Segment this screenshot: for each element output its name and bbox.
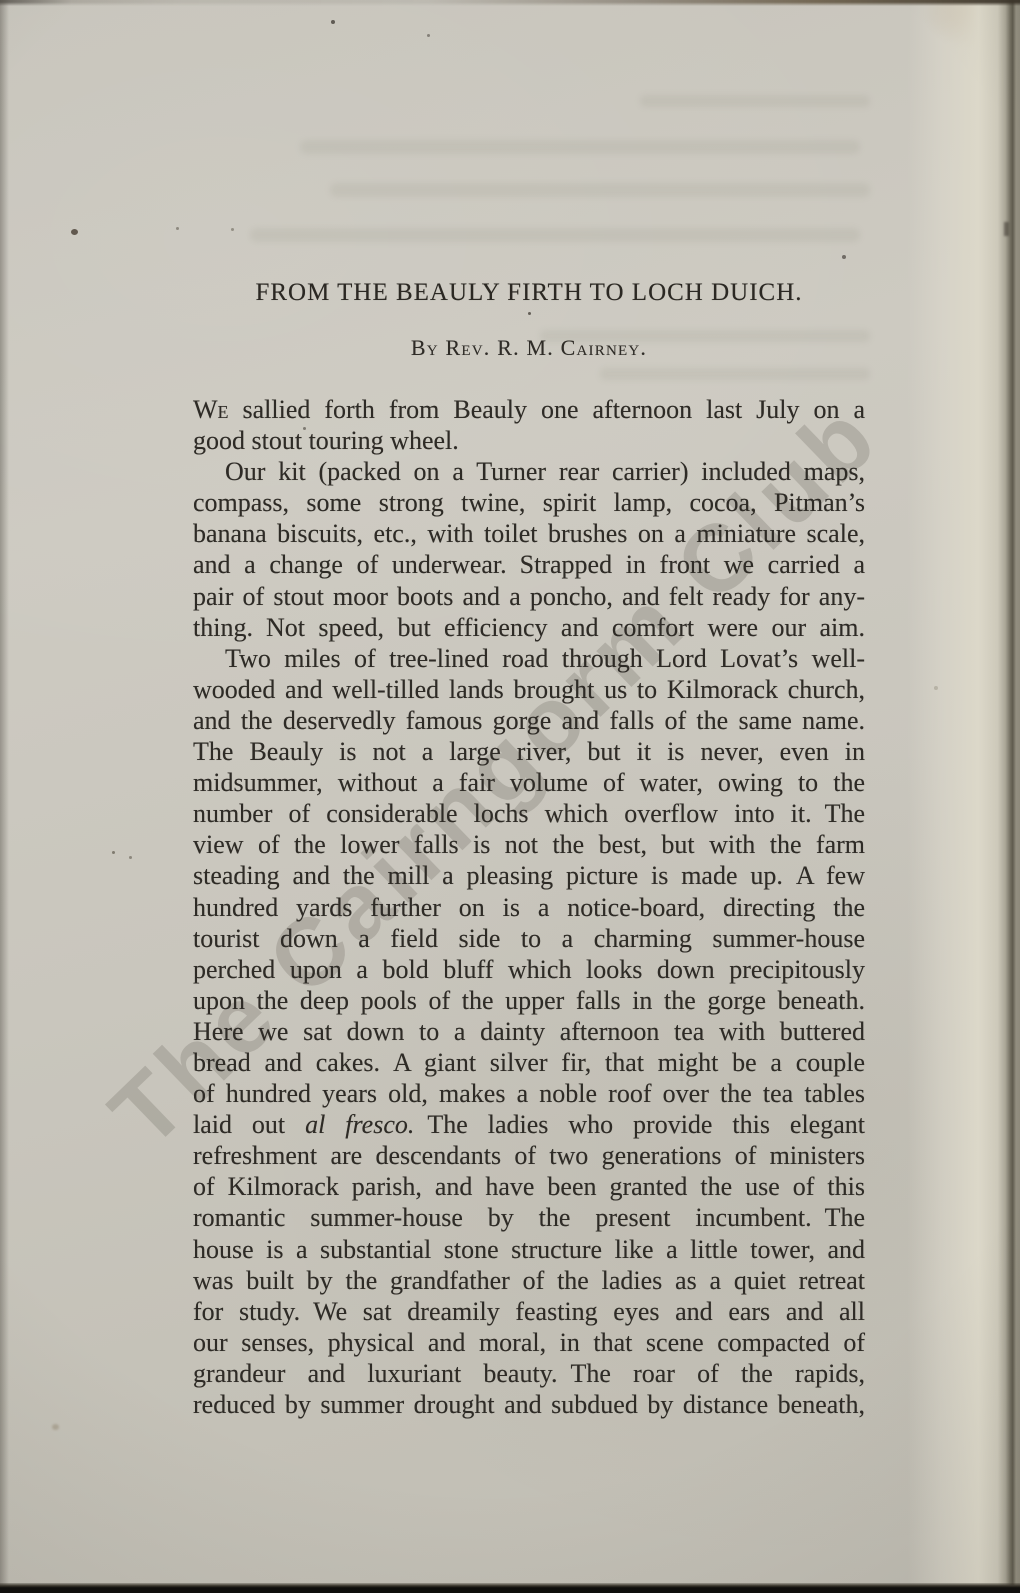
text-run: reduced by summer drought and subdued by… — [193, 1390, 865, 1419]
text-line: our senses, physical and moral, in that … — [193, 1327, 865, 1358]
text-line: bread and cakes. A giant silver fir, tha… — [193, 1047, 865, 1078]
text-line: midsummer, without a fair volume of wate… — [193, 767, 865, 798]
text-line: laid out al fresco. The ladies who provi… — [193, 1109, 865, 1140]
text-line: reduced by summer drought and subdued by… — [193, 1389, 865, 1420]
text-line: view of the lower falls is not the best,… — [193, 829, 865, 860]
foxing-spot — [528, 312, 531, 315]
text-run: and a change of underwear. Strapped in f… — [193, 550, 865, 579]
text-line: The Beauly is not a large river, but it … — [193, 736, 865, 767]
text-line: and the deservedly famous gorge and fall… — [193, 705, 865, 736]
text-run: was built by the grandfather of the ladi… — [193, 1266, 865, 1295]
text-line: banana biscuits, etc., with toilet brush… — [193, 518, 865, 549]
text-run: number of considerable lochs which overf… — [193, 799, 865, 828]
foxing-spot — [303, 427, 306, 430]
text-run: refreshment are descendants of two gener… — [193, 1141, 865, 1170]
text-line: was built by the grandfather of the ladi… — [193, 1265, 865, 1296]
text-line: for study. We sat dreamily feasting eyes… — [193, 1296, 865, 1327]
text-line: upon the deep pools of the upper falls i… — [193, 985, 865, 1016]
foxing-spot — [176, 227, 179, 230]
text-run: hundred yards further on is a notice-boa… — [193, 893, 865, 922]
text-run: good stout touring wheel. — [193, 426, 459, 455]
text-line: romantic summer-house by the present inc… — [193, 1202, 865, 1233]
page-edge-bottom — [0, 1583, 1020, 1593]
article: FROM THE BEAULY FIRTH TO LOCH DUICH. By … — [0, 0, 1020, 1593]
text-run: The ladies who provide this elegant — [414, 1110, 865, 1139]
page-edge-nick — [1004, 222, 1009, 236]
text-run: al fresco. — [305, 1110, 414, 1139]
text-line: compass, some strong twine, spirit lamp,… — [193, 487, 865, 518]
text-line: steading and the mill a pleasing picture… — [193, 860, 865, 891]
text-run: Two miles of tree-lined road through Lor… — [225, 644, 865, 673]
text-line: and a change of underwear. Strapped in f… — [193, 549, 865, 580]
text-run: wooded and well-tilled lands brought us … — [193, 675, 865, 704]
text-line: of Kilmorack parish, and have been grant… — [193, 1171, 865, 1202]
text-run: upon the deep pools of the upper falls i… — [193, 986, 865, 1015]
text-run: pair of stout moor boots and a poncho, a… — [193, 582, 865, 611]
text-line: good stout touring wheel. — [193, 425, 865, 456]
text-run: perched upon a bold bluff which looks do… — [193, 955, 865, 984]
foxing-spot — [129, 856, 132, 859]
article-title: FROM THE BEAULY FIRTH TO LOCH DUICH. — [193, 278, 865, 308]
text-run: laid out — [193, 1110, 305, 1139]
article-body: We sallied forth from Beauly one afterno… — [193, 394, 865, 1420]
foxing-spot — [71, 229, 78, 235]
text-run: thing. Not speed, but efficiency and com… — [193, 613, 865, 642]
foxing-spot — [842, 255, 846, 259]
foxing-spot — [52, 1424, 59, 1430]
text-line: wooded and well-tilled lands brought us … — [193, 674, 865, 705]
text-run: The Beauly is not a large river, but it … — [193, 737, 865, 766]
text-line: pair of stout moor boots and a poncho, a… — [193, 581, 865, 612]
text-line: thing. Not speed, but efficiency and com… — [193, 612, 865, 643]
text-line: Two miles of tree-lined road through Lor… — [193, 643, 865, 674]
text-run: of hundred years old, makes a noble roof… — [193, 1079, 865, 1108]
page-edge-right — [908, 0, 1020, 1593]
text-line: grandeur and luxuriant beauty. The roar … — [193, 1358, 865, 1389]
text-run: romantic summer-house by the present inc… — [193, 1203, 865, 1232]
page-edge-left — [0, 0, 9, 1593]
text-run: Our kit (packed on a Turner rear carrier… — [225, 457, 865, 486]
text-line: house is a substantial stone structure l… — [193, 1234, 865, 1265]
text-run: for study. We sat dreamily feasting eyes… — [193, 1297, 865, 1326]
text-run: We — [193, 395, 229, 424]
page-edge-top — [0, 0, 1020, 6]
text-line: number of considerable lochs which overf… — [193, 798, 865, 829]
text-line: Here we sat down to a dainty afternoon t… — [193, 1016, 865, 1047]
text-run: steading and the mill a pleasing picture… — [193, 861, 865, 890]
foxing-spot — [231, 228, 234, 231]
scanned-page: The Cairngorm Club FROM THE BEAULY FIRTH… — [0, 0, 1020, 1593]
text-line: perched upon a bold bluff which looks do… — [193, 954, 865, 985]
foxing-spot — [427, 34, 430, 37]
article-byline: By Rev. R. M. Cairney. — [193, 334, 865, 362]
text-run: tourist down a field side to a charming … — [193, 924, 865, 953]
text-line: We sallied forth from Beauly one afterno… — [193, 394, 865, 425]
text-run: sallied forth from Beauly one afternoon … — [229, 395, 865, 424]
text-run: and the deservedly famous gorge and fall… — [193, 706, 865, 735]
text-run: of Kilmorack parish, and have been grant… — [193, 1172, 865, 1201]
text-line: of hundred years old, makes a noble roof… — [193, 1078, 865, 1109]
text-run: bread and cakes. A giant silver fir, tha… — [193, 1048, 865, 1077]
text-line: tourist down a field side to a charming … — [193, 923, 865, 954]
text-run: midsummer, without a fair volume of wate… — [193, 768, 865, 797]
foxing-spot — [112, 851, 115, 854]
text-run: grandeur and luxuriant beauty. The roar … — [193, 1359, 865, 1388]
text-run: compass, some strong twine, spirit lamp,… — [193, 488, 865, 517]
text-run: view of the lower falls is not the best,… — [193, 830, 865, 859]
text-run: house is a substantial stone structure l… — [193, 1235, 865, 1264]
text-run: our senses, physical and moral, in that … — [193, 1328, 865, 1357]
text-line: hundred yards further on is a notice-boa… — [193, 892, 865, 923]
text-run: banana biscuits, etc., with toilet brush… — [193, 519, 865, 548]
text-line: refreshment are descendants of two gener… — [193, 1140, 865, 1171]
text-line: Our kit (packed on a Turner rear carrier… — [193, 456, 865, 487]
foxing-spot — [331, 20, 335, 24]
text-run: Here we sat down to a dainty afternoon t… — [193, 1017, 865, 1046]
